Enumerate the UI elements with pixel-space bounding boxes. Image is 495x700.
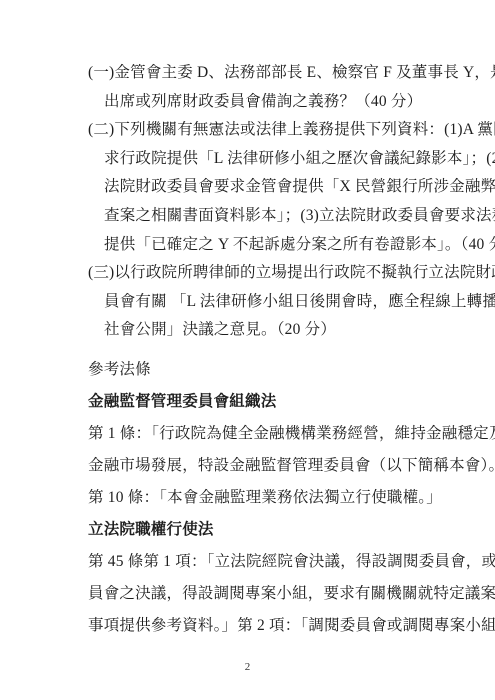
page-number: 2 (0, 661, 495, 673)
statute-line: 第 45 條第 1 項：「立法院經院會決議，得設調閱委員會，或經委 (88, 546, 460, 578)
question-line: 社會公開」決議之意見。（20 分） (88, 316, 456, 345)
question-line: 員會有關 「L 法律研修小組日後開會時，應全程線上轉播，向 (88, 288, 456, 317)
document-page: (一)金管會主委 D、法務部部長 E、檢察官 F 及董事長 Y，是否有 出席或列… (0, 0, 495, 700)
statute-title: 金融監督管理委員會組織法 (88, 386, 460, 418)
question-line: (三)以行政院所聘律師的立場提出行政院不擬執行立法院財政委 (88, 259, 456, 288)
statute-line: 員會之決議，得設調閱專案小組，要求有關機關就特定議案涉及 (88, 578, 460, 610)
statute-title: 立法院職權行使法 (88, 514, 460, 546)
question-line: (二)下列機關有無憲法或法律上義務提供下列資料：(1)A 黨團要 (88, 116, 456, 145)
question-line: 法院財政委員會要求金管會提供「X 民營銀行所涉金融弊案調 (88, 173, 456, 202)
statute-line: 第 1 條：「行政院為健全金融機構業務經營，維持金融穩定及促進 (88, 418, 460, 450)
statute-line: 第 10 條：「本會金融監理業務依法獨立行使職權。」 (88, 482, 460, 514)
reference-label: 參考法條 (88, 354, 460, 386)
question-line: 求行政院提供「L 法律研修小組之歷次會議紀錄影本」；(2) 立 (88, 145, 456, 174)
statute-line: 金融市場發展，特設金融監督管理委員會（以下簡稱本會）。」 (88, 450, 460, 482)
questions-section: (一)金管會主委 D、法務部部長 E、檢察官 F 及董事長 Y，是否有 出席或列… (88, 59, 456, 345)
question-line: 提供「已確定之 Y 不起訴處分案之所有卷證影本」。（40 分） (88, 231, 456, 260)
question-line: 出席或列席財政委員會備詢之義務？（40 分） (88, 88, 456, 117)
statute-line: 事項提供參考資料。」第 2 項：「調閱委員會或調閱專案小組於必 (88, 610, 460, 642)
question-line: (一)金管會主委 D、法務部部長 E、檢察官 F 及董事長 Y，是否有 (88, 59, 456, 88)
reference-section: 參考法條 金融監督管理委員會組織法 第 1 條：「行政院為健全金融機構業務經營，… (88, 354, 460, 642)
question-line: 查案之相關書面資料影本」；(3)立法院財政委員會要求法務部 (88, 202, 456, 231)
